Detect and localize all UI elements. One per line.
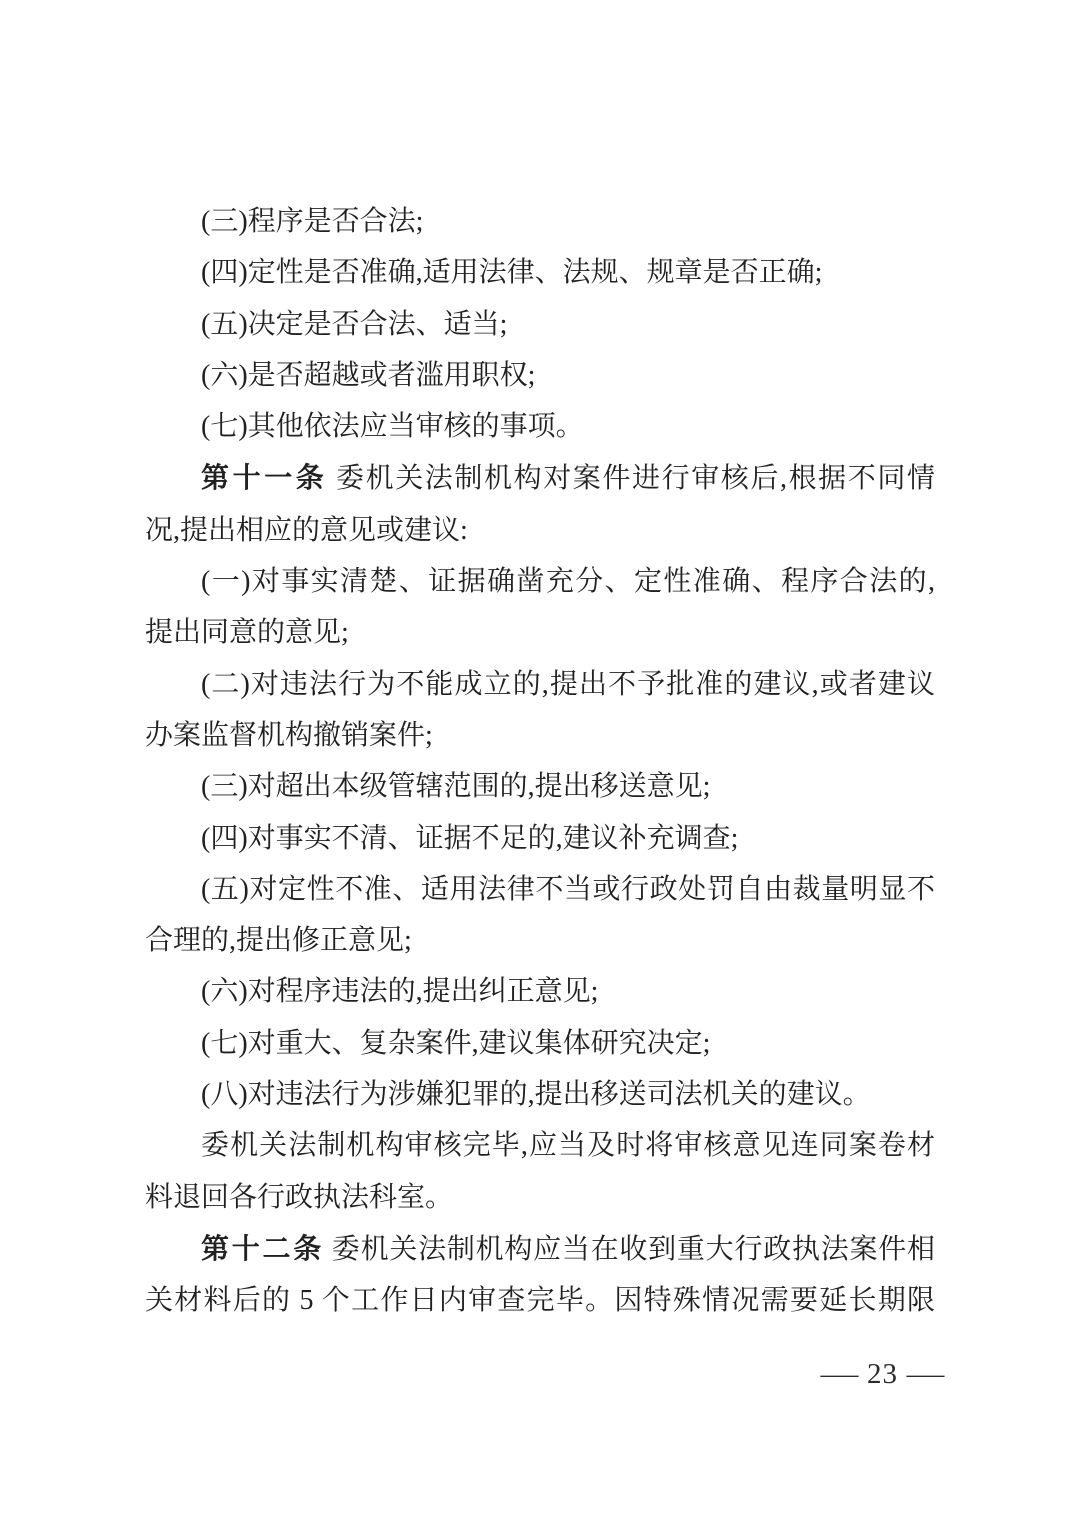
text-segment: 料退回各行政执法科室。 [145,1182,453,1213]
text-line: (三)程序是否合法; [145,196,935,247]
text-segment: 委机关法制机构应当在收到重大行政执法案件相 [324,1234,935,1265]
text-segment: 委机关法制机构对案件进行审核后,根据不同情 [327,463,935,494]
text-line: 办案监督机构撤销案件; [145,710,935,761]
paragraph: (五)对定性不准、适用法律不当或行政处罚自由裁量明显不合理的,提出修正意见; [145,864,935,967]
text-line: 第十一条 委机关法制机构对案件进行审核后,根据不同情 [145,452,935,504]
article-number: 第十二条 [201,1233,324,1264]
text-line: (三)对超出本级管辖范围的,提出移送意见; [145,761,935,812]
text-line: (五)决定是否合法、适当; [145,299,935,350]
text-segment: (七)对重大、复杂案件,建议集体研究决定; [201,1028,710,1059]
paragraph: (七)对重大、复杂案件,建议集体研究决定; [145,1018,935,1069]
paragraph: (四)对事实不清、证据不足的,建议补充调查; [145,813,935,864]
text-segment: (五)对定性不准、适用法律不当或行政处罚自由裁量明显不 [201,874,935,905]
text-line: (六)是否超越或者滥用职权; [145,350,935,401]
text-line: (一)对事实清楚、证据确凿充分、定性准确、程序合法的, [145,556,935,607]
paragraph: 第十一条 委机关法制机构对案件进行审核后,根据不同情况,提出相应的意见或建议: [145,452,935,556]
text-segment: (二)对违法行为不能成立的,提出不予批准的建议,或者建议 [201,669,935,700]
text-line: 第十二条 委机关法制机构应当在收到重大行政执法案件相 [145,1223,935,1275]
footer-dash-right: — [907,1358,945,1391]
text-segment: 况,提出相应的意见或建议: [145,515,468,546]
paragraph: 第十二条 委机关法制机构应当在收到重大行政执法案件相关材料后的 5 个工作日内审… [145,1223,935,1327]
footer-dash-left: — [821,1358,859,1391]
text-line: 委机关法制机构审核完毕,应当及时将审核意见连同案卷材 [145,1120,935,1171]
paragraph: (二)对违法行为不能成立的,提出不予批准的建议,或者建议办案监督机构撤销案件; [145,659,935,762]
text-line: (四)对事实不清、证据不足的,建议补充调查; [145,813,935,864]
paragraph: (六)是否超越或者滥用职权; [145,350,935,401]
text-line: 提出同意的意见; [145,607,935,658]
text-segment: (四)定性是否准确,适用法律、法规、规章是否正确; [201,257,822,288]
text-segment: 合理的,提出修正意见; [145,925,412,956]
text-segment: (三)对超出本级管辖范围的,提出移送意见; [201,771,710,802]
text-segment: 委机关法制机构审核完毕,应当及时将审核意见连同案卷材 [201,1130,935,1161]
text-line: (二)对违法行为不能成立的,提出不予批准的建议,或者建议 [145,659,935,710]
text-line: (五)对定性不准、适用法律不当或行政处罚自由裁量明显不 [145,864,935,915]
text-line: 关材料后的 5 个工作日内审查完毕。因特殊情况需要延长期限 [145,1275,935,1326]
text-segment: (七)其他依法应当审核的事项。 [201,411,584,442]
text-line: (七)对重大、复杂案件,建议集体研究决定; [145,1018,935,1069]
text-line: 况,提出相应的意见或建议: [145,505,935,556]
article-number: 第十一条 [201,462,327,493]
text-segment: (八)对违法行为涉嫌犯罪的,提出移送司法机关的建议。 [201,1079,871,1110]
paragraph: (一)对事实清楚、证据确凿充分、定性准确、程序合法的,提出同意的意见; [145,556,935,659]
text-segment: 办案监督机构撤销案件; [145,720,433,751]
text-line: (六)对程序违法的,提出纠正意见; [145,966,935,1017]
text-segment: (六)对程序违法的,提出纠正意见; [201,976,598,1007]
text-line: 料退回各行政执法科室。 [145,1172,935,1223]
paragraph: (三)程序是否合法; [145,196,935,247]
text-line: (四)定性是否准确,适用法律、法规、规章是否正确; [145,247,935,298]
paragraph: (三)对超出本级管辖范围的,提出移送意见; [145,761,935,812]
text-line: 合理的,提出修正意见; [145,915,935,966]
paragraph: (八)对违法行为涉嫌犯罪的,提出移送司法机关的建议。 [145,1069,935,1120]
text-segment: 提出同意的意见; [145,617,349,648]
text-segment: (五)决定是否合法、适当; [201,309,507,340]
document-body: (三)程序是否合法;(四)定性是否准确,适用法律、法规、规章是否正确;(五)决定… [145,196,935,1327]
page-footer: — 23 — [825,1358,940,1391]
text-segment: (一)对事实清楚、证据确凿充分、定性准确、程序合法的, [201,566,935,597]
paragraph: 委机关法制机构审核完毕,应当及时将审核意见连同案卷材料退回各行政执法科室。 [145,1120,935,1223]
text-segment: (四)对事实不清、证据不足的,建议补充调查; [201,823,738,854]
text-line: (七)其他依法应当审核的事项。 [145,401,935,452]
paragraph: (四)定性是否准确,适用法律、法规、规章是否正确; [145,247,935,298]
paragraph: (五)决定是否合法、适当; [145,299,935,350]
document-page: (三)程序是否合法;(四)定性是否准确,适用法律、法规、规章是否正确;(五)决定… [0,0,1074,1520]
text-line: (八)对违法行为涉嫌犯罪的,提出移送司法机关的建议。 [145,1069,935,1120]
text-segment: (三)程序是否合法; [201,206,423,237]
paragraph: (六)对程序违法的,提出纠正意见; [145,966,935,1017]
text-segment: (六)是否超越或者滥用职权; [201,360,535,391]
text-segment: 关材料后的 5 个工作日内审查完毕。因特殊情况需要延长期限 [145,1285,935,1316]
footer-page-number: 23 [867,1358,898,1391]
paragraph: (七)其他依法应当审核的事项。 [145,401,935,452]
